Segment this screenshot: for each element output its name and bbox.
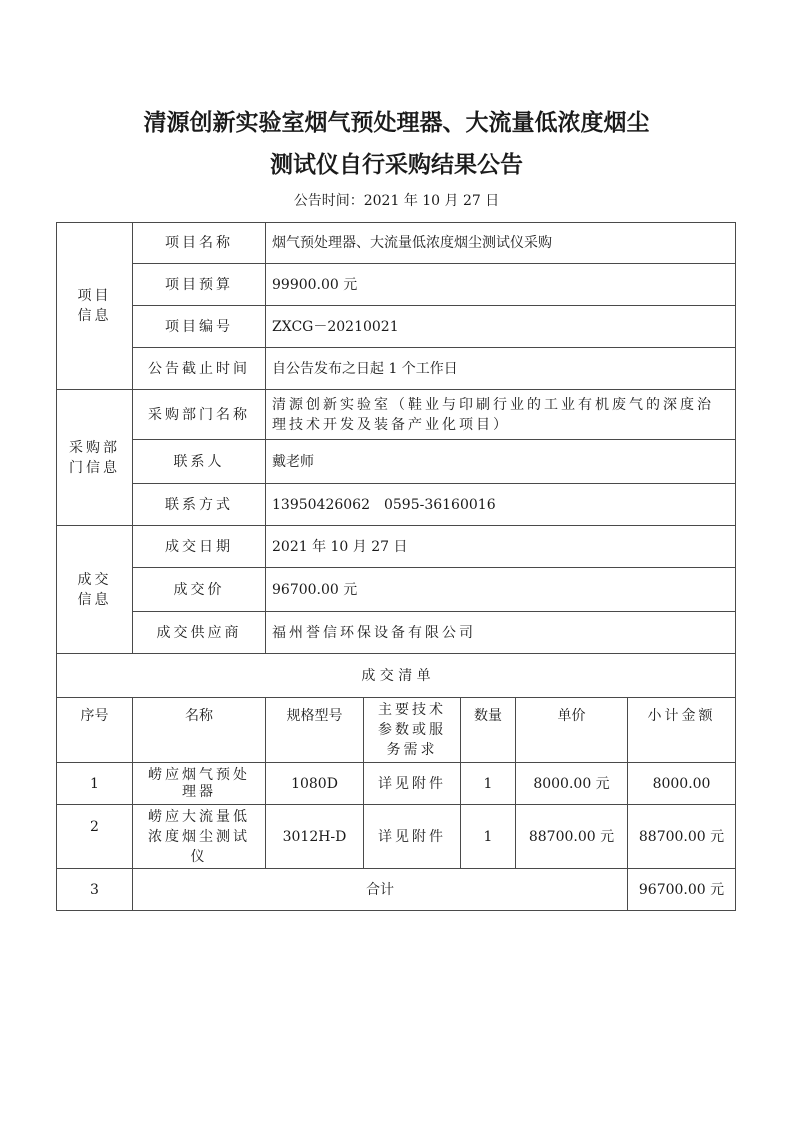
group-label-line: 信息 xyxy=(78,592,112,608)
dept-name-row: 采购部 门信息 采购部门名称 清源创新实验室（鞋业与印刷行业的工业有机废气的深度… xyxy=(57,390,736,440)
project-code-row: 项目编号 ZXCG－20210021 xyxy=(57,306,736,348)
item-subtotal: 8000.00 xyxy=(628,763,736,805)
field-label: 联系人 xyxy=(133,440,266,484)
field-value: 戴老师 xyxy=(266,440,736,484)
deal-date-row: 成交 信息 成交日期 2021 年 10 月 27 日 xyxy=(57,526,736,568)
field-value: 清源创新实验室（鞋业与印刷行业的工业有机废气的深度治理技术开发及装备产业化项目） xyxy=(266,390,736,440)
deal-supplier-row: 成交供应商 福州誉信环保设备有限公司 xyxy=(57,612,736,654)
field-value: 福州誉信环保设备有限公司 xyxy=(266,612,736,654)
item-qty: 1 xyxy=(461,805,516,869)
item-name: 崂应大流量低浓度烟尘测试仪 xyxy=(133,805,266,869)
project-name-row: 项目 信息 项目名称 烟气预处理器、大流量低浓度烟尘测试仪采购 xyxy=(57,223,736,264)
col-header: 小计金额 xyxy=(628,698,736,763)
group-label-line: 项目 xyxy=(78,288,112,304)
table-row: 2 崂应大流量低浓度烟尘测试仪 3012H-D 详见附件 1 88700.00 … xyxy=(57,805,736,869)
deal-list-title: 成 交 清 单 xyxy=(57,654,736,698)
total-label: 合计 xyxy=(133,869,628,911)
deal-list-header: 序号 名称 规格型号 主要技术参数或服务需求 数量 单价 小计金额 xyxy=(57,698,736,763)
field-label: 采购部门名称 xyxy=(133,390,266,440)
item-spec: 详见附件 xyxy=(364,763,461,805)
contact-method-row: 联系方式 13950426062 0595-36160016 xyxy=(57,484,736,526)
item-spec: 详见附件 xyxy=(364,805,461,869)
dept-info-group-label: 采购部 门信息 xyxy=(57,390,133,526)
field-label: 项目编号 xyxy=(133,306,266,348)
deal-info-group-label: 成交 信息 xyxy=(57,526,133,654)
contact-person-row: 联系人 戴老师 xyxy=(57,440,736,484)
item-no: 1 xyxy=(57,763,133,805)
item-subtotal: 88700.00 元 xyxy=(628,805,736,869)
col-header: 数量 xyxy=(461,698,516,763)
field-value: ZXCG－20210021 xyxy=(266,306,736,348)
col-header: 单价 xyxy=(516,698,628,763)
project-budget-row: 项目预算 99900.00 元 xyxy=(57,264,736,306)
item-name: 崂应烟气预处理器 xyxy=(133,763,266,805)
item-unit-price: 8000.00 元 xyxy=(516,763,628,805)
group-label-line: 信息 xyxy=(78,308,112,324)
item-no: 2 xyxy=(57,805,133,869)
col-header: 主要技术参数或服务需求 xyxy=(364,698,461,763)
field-value: 13950426062 0595-36160016 xyxy=(266,484,736,526)
total-amount: 96700.00 元 xyxy=(628,869,736,911)
announcement-table: 项目 信息 项目名称 烟气预处理器、大流量低浓度烟尘测试仪采购 项目预算 999… xyxy=(56,222,736,911)
field-label: 成交供应商 xyxy=(133,612,266,654)
project-info-group-label: 项目 信息 xyxy=(57,223,133,390)
group-label-line: 成交 xyxy=(78,572,112,588)
field-label: 公告截止时间 xyxy=(133,348,266,390)
field-value: 96700.00 元 xyxy=(266,568,736,612)
field-label: 成交价 xyxy=(133,568,266,612)
item-model: 1080D xyxy=(266,763,364,805)
field-value: 2021 年 10 月 27 日 xyxy=(266,526,736,568)
field-value: 99900.00 元 xyxy=(266,264,736,306)
document-title-line2: 测试仪自行采购结果公告 xyxy=(0,146,793,179)
field-value: 烟气预处理器、大流量低浓度烟尘测试仪采购 xyxy=(266,223,736,264)
col-header: 规格型号 xyxy=(266,698,364,763)
field-label: 项目预算 xyxy=(133,264,266,306)
field-label: 联系方式 xyxy=(133,484,266,526)
deadline-row: 公告截止时间 自公告发布之日起 1 个工作日 xyxy=(57,348,736,390)
item-unit-price: 88700.00 元 xyxy=(516,805,628,869)
total-no: 3 xyxy=(57,869,133,911)
publish-time: 公告时间：2021 年 10 月 27 日 xyxy=(0,190,793,210)
group-label-line: 采购部 xyxy=(69,440,120,456)
deal-list-title-row: 成 交 清 单 xyxy=(57,654,736,698)
field-label: 成交日期 xyxy=(133,526,266,568)
field-value: 自公告发布之日起 1 个工作日 xyxy=(266,348,736,390)
table-row: 1 崂应烟气预处理器 1080D 详见附件 1 8000.00 元 8000.0… xyxy=(57,763,736,805)
field-label: 项目名称 xyxy=(133,223,266,264)
col-header: 序号 xyxy=(57,698,133,763)
deal-price-row: 成交价 96700.00 元 xyxy=(57,568,736,612)
col-header: 名称 xyxy=(133,698,266,763)
item-model: 3012H-D xyxy=(266,805,364,869)
group-label-line: 门信息 xyxy=(69,460,120,476)
total-row: 3 合计 96700.00 元 xyxy=(57,869,736,911)
item-qty: 1 xyxy=(461,763,516,805)
document-title-line1: 清源创新实验室烟气预处理器、大流量低浓度烟尘 xyxy=(0,104,793,137)
